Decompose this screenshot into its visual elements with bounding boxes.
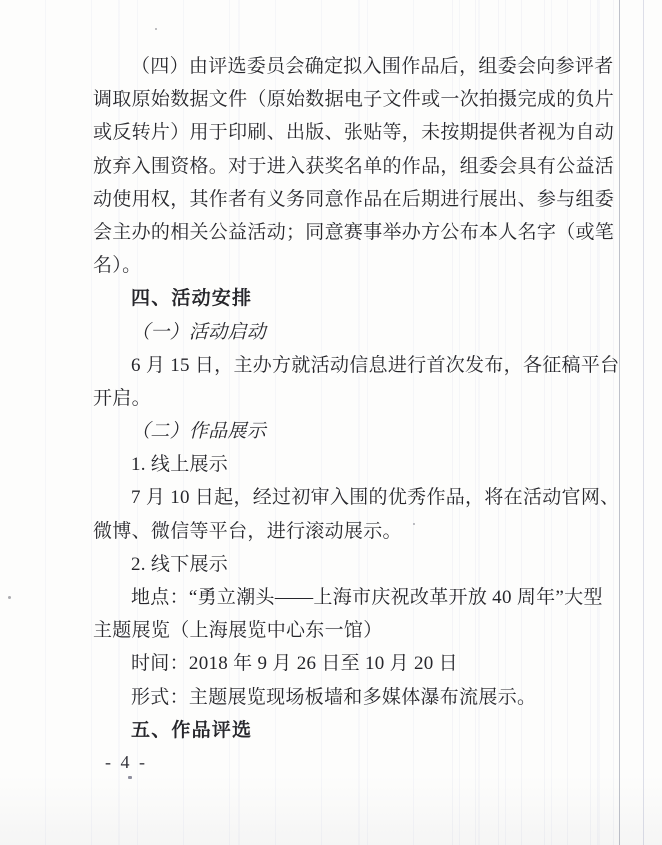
- text-line: 6 月 15 日，主办方就活动信息进行首次发布，各征稿平台: [93, 349, 618, 382]
- scan-speck: [155, 28, 157, 30]
- scan-speck: [8, 596, 11, 599]
- subsection-heading: （一）活动启动: [93, 316, 618, 349]
- text-line: 形式：主题展览现场板墙和多媒体瀑布流展示。: [93, 681, 618, 714]
- text-line: 放弃入围资格。对于进入获奖名单的作品，组委会具有公益活: [93, 150, 618, 183]
- text-line: 会主办的相关公益活动；同意赛事举办方公布本人名字（或笔: [93, 216, 618, 249]
- scanned-document-page: （四）由评选委员会确定拟入围作品后，组委会向参评者 调取原始数据文件（原始数据电…: [0, 0, 662, 845]
- page-number: - 4 -: [105, 752, 148, 773]
- subsection-heading: （二）作品展示: [93, 415, 618, 448]
- list-item-heading: 1. 线上展示: [93, 448, 618, 481]
- scan-speck: [128, 776, 132, 779]
- text-line: 或反转片）用于印刷、出版、张贴等，未按期提供者视为自动: [93, 116, 618, 149]
- text-line: 调取原始数据文件（原始数据电子文件或一次拍摄完成的负片: [93, 83, 618, 116]
- text-line: 7 月 10 日起，经过初审入围的优秀作品，将在活动官网、: [93, 481, 618, 514]
- list-item-heading: 2. 线下展示: [93, 548, 618, 581]
- section-heading: 四、活动安排: [93, 282, 618, 315]
- document-body: （四）由评选委员会确定拟入围作品后，组委会向参评者 调取原始数据文件（原始数据电…: [93, 50, 618, 747]
- section-heading: 五、作品评选: [93, 714, 618, 747]
- text-line: 名）。: [93, 249, 618, 282]
- text-line: 时间：2018 年 9 月 26 日至 10 月 20 日: [93, 647, 618, 680]
- text-line: 动使用权，其作者有义务同意作品在后期进行展出、参与组委: [93, 183, 618, 216]
- text-line: 地点：“勇立潮头——上海市庆祝改革开放 40 周年”大型: [93, 581, 618, 614]
- scan-bottom-shade: [0, 775, 662, 845]
- scan-vertical-line-faint: [643, 0, 644, 845]
- text-line: 微博、微信等平台，进行滚动展示。: [93, 515, 618, 548]
- text-line: 主题展览（上海展览中心东一馆）: [93, 614, 618, 647]
- scan-vertical-line: [619, 0, 620, 845]
- text-line: 开启。: [93, 382, 618, 415]
- text-line: （四）由评选委员会确定拟入围作品后，组委会向参评者: [93, 50, 618, 83]
